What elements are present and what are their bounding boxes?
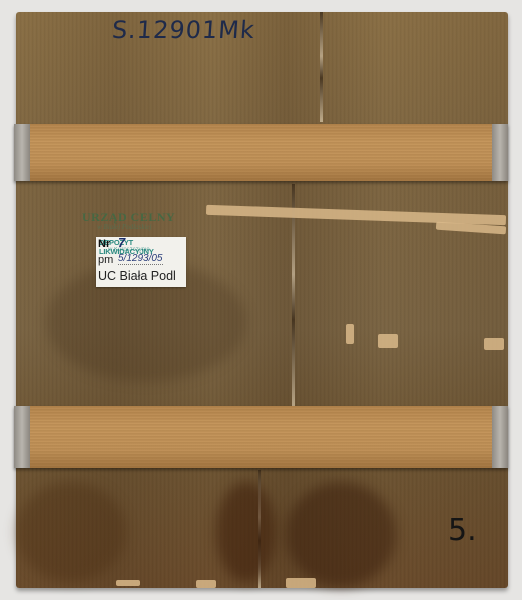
metal-cap-left [14,406,30,468]
bottom-cross-slat [14,406,508,468]
wooden-panel [16,12,508,588]
label-office: UC Biała Podl [98,269,176,283]
inventory-code: S.12901Mk [111,16,256,44]
stain [286,482,396,587]
wood-chip [286,578,316,588]
stain [16,482,126,582]
wood-chip [196,580,216,588]
customs-label: DEPOZYT LIKWIDACYJNY w Koroszczynie Nr 7… [96,237,186,287]
stain [216,482,276,582]
customs-stamp-subtitle: w Białej Podlaskiej [97,223,151,231]
wood-chip [116,580,140,586]
metal-cap-right [492,124,508,181]
label-nr-value: 7 [118,235,125,250]
label-pm-value: 5/1293/05 [118,253,163,265]
label-pm: pm [98,254,113,266]
wood-chip [346,324,354,344]
label-nr: Nr [98,238,110,250]
wood-chip [484,338,504,350]
metal-cap-left [14,124,30,181]
metal-cap-right [492,406,508,468]
wood-chip [206,205,506,225]
corner-number: 5. [448,513,477,548]
wood-chip [378,334,398,348]
top-cross-slat [14,124,508,181]
board-joint [320,12,323,122]
